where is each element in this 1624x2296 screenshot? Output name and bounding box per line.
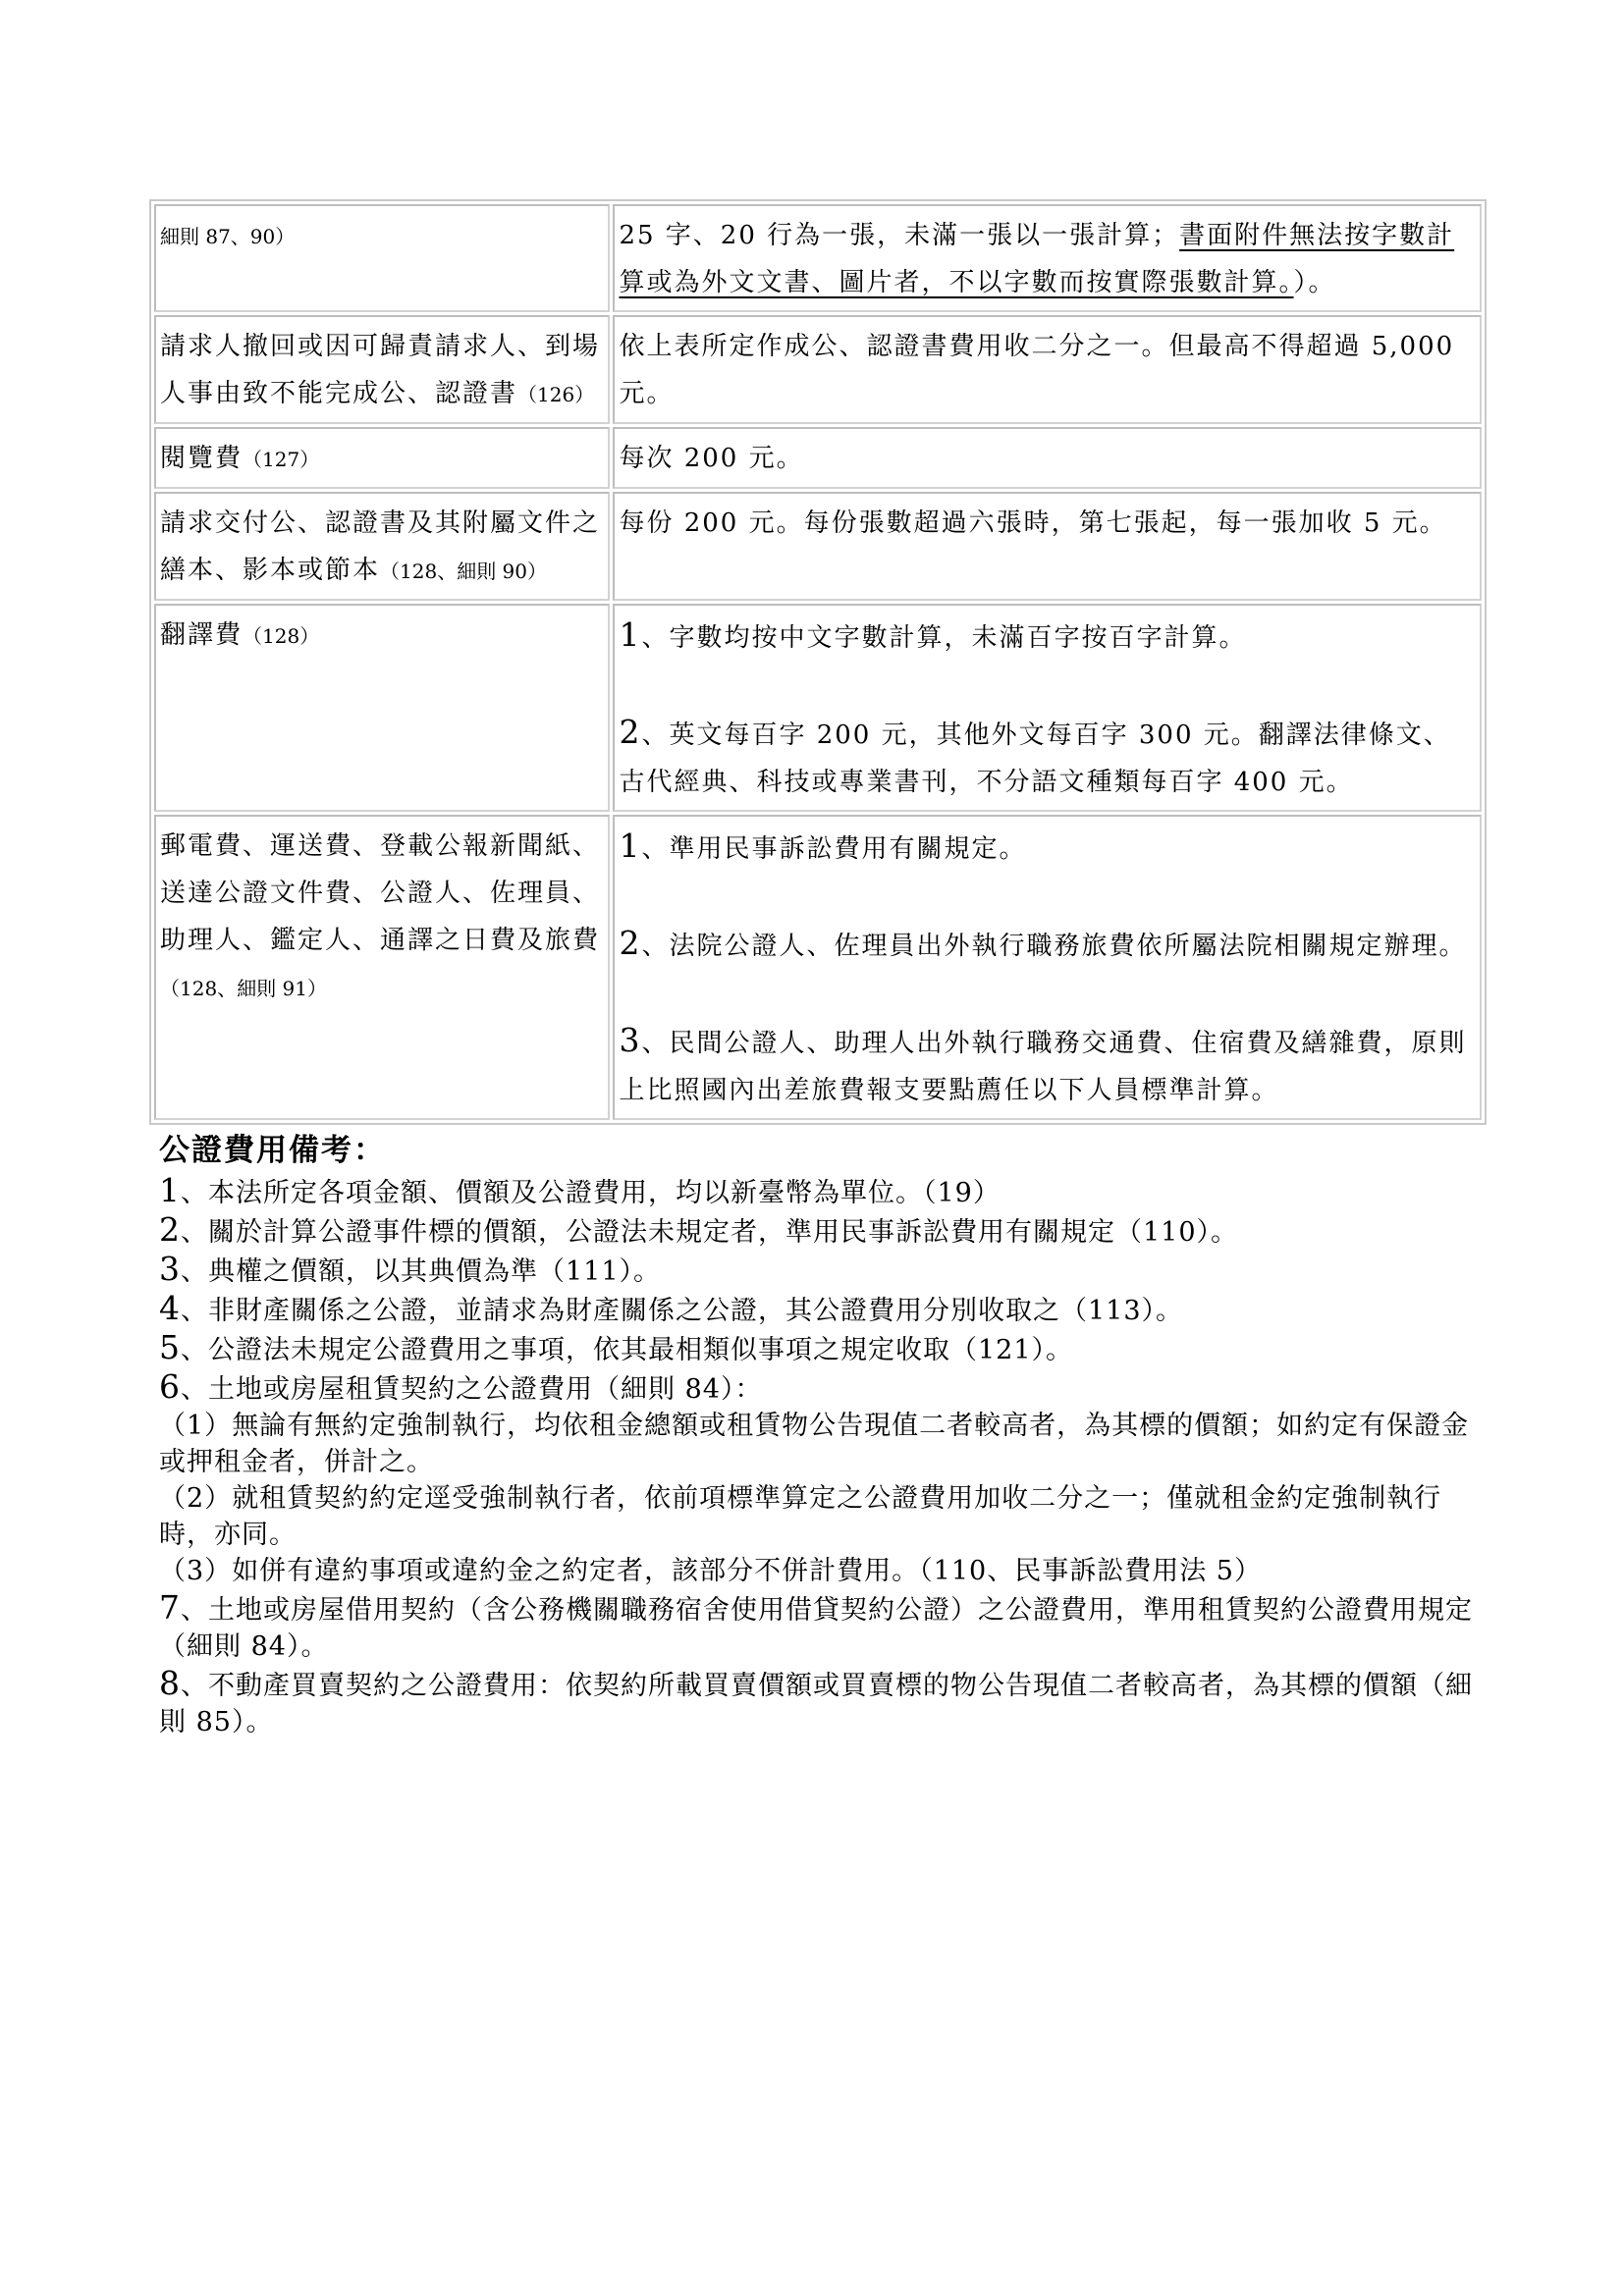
note-item: 7、土地或房屋借用契約（含公務機關職務宿舍使用借貸契約公證）之公證費用，準用租賃… — [159, 1589, 1487, 1665]
paragraph-number: 3 — [619, 1021, 641, 1059]
note-subitem: （1）無論有無約定強制執行，均依租金總額或租賃物公告現值二者較高者，為其標的價額… — [159, 1408, 1487, 1480]
fee-rule-text: 依上表所定作成公、認證書費用收二分之一。但最高不得超過 5,000 元。 — [619, 323, 1476, 417]
fee-rule-cell: 1、準用民事訴訟費用有關規定。 2、法院公證人、佐理員出外執行職務旅費依所屬法院… — [613, 815, 1482, 1120]
fee-rule-paragraph: 2、法院公證人、佐理員出外執行職務旅費依所屬法院相關規定辦理。 — [619, 920, 1476, 970]
fee-item-cell: 請求人撤回或因可歸責請求人、到場人事由致不能完成公、認證書（126） — [154, 315, 610, 424]
note-item: 2、關於計算公證事件標的價額，公證法未規定者，準用民事訴訟費用有關規定（110）… — [159, 1211, 1487, 1251]
note-text: 無論有無約定強制執行，均依租金總額或租賃物公告現值二者較高者，為其標的價額；如約… — [159, 1411, 1469, 1477]
fee-item-cell: 請求交付公、認證書及其附屬文件之繕本、影本或節本（128、細則 90） — [154, 492, 610, 601]
note-number: 4 — [159, 1289, 181, 1327]
note-number: 5 — [159, 1328, 181, 1366]
note-item: 5、公證法未規定公證費用之事項，依其最相類似事項之規定收取（121）。 — [159, 1329, 1487, 1368]
paragraph-number: 2 — [619, 713, 641, 751]
fee-item-cell: 郵電費、運送費、登載公報新聞紙、送達公證文件費、公證人、佐理員、助理人、鑑定人、… — [154, 815, 610, 1120]
note-subitem: （2）就租賃契約約定逕受強制執行者，依前項標準算定之公證費用加收二分之一；僅就租… — [159, 1480, 1487, 1553]
note-item: 6、土地或房屋租賃契約之公證費用（細則 84）： — [159, 1368, 1487, 1408]
fee-rule-text: 、字數均按中文字數計算，未滿百字按百字計算。 — [641, 623, 1246, 653]
fee-rule-paragraph: 1、準用民事訴訟費用有關規定。 — [619, 823, 1476, 873]
document-page: 細則 87、90） 25 字、20 行為一張，未滿一張以一張計算；書面附件無法按… — [149, 199, 1487, 1740]
note-item: 4、非財產關係之公證，並請求為財產關係之公證，其公證費用分別收取之（113）。 — [159, 1290, 1487, 1329]
fee-item-label: 閱覽費 — [160, 444, 243, 473]
notes-section: 公證費用備考： 1、本法所定各項金額、價額及公證費用，均以新臺幣為單位。（19）… — [149, 1129, 1487, 1740]
fee-rule-text: 每份 200 元。每份張數超過六張時，第七張起，每一張加收 5 元。 — [619, 500, 1476, 547]
fee-item-cell: 翻譯費（128） — [154, 604, 610, 812]
fee-rule-text: 、民間公證人、助理人出外執行職務交通費、住宿費及繕雜費，原則上比照國內出差旅費報… — [619, 1029, 1466, 1105]
table-row: 翻譯費（128） 1、字數均按中文字數計算，未滿百字按百字計算。 2、英文每百字… — [154, 604, 1482, 812]
note-item: 8、不動產買賣契約之公證費用：依契約所載買賣價額或買賣標的物公告現值二者較高者，… — [159, 1665, 1487, 1740]
rule-reference: 細則 90） — [457, 560, 547, 583]
note-number: （3） — [159, 1556, 232, 1586]
fee-item-label: 郵電費、運送費、登載公報新聞紙、送達公證文件費、公證人、佐理員、助理人、鑑定人、… — [160, 831, 600, 955]
article-reference: （126） — [517, 383, 594, 406]
note-text: 、非財產關係之公證，並請求為財產關係之公證，其公證費用分別收取之（113）。 — [181, 1296, 1183, 1326]
notes-title: 公證費用備考： — [159, 1129, 1487, 1172]
fee-rule-text: 每次 200 元。 — [619, 435, 1476, 482]
fee-rule-text: 、英文每百字 200 元，其他外文每百字 300 元。翻譯法律條文、古代經典、科… — [619, 721, 1450, 797]
paragraph-number: 2 — [619, 924, 641, 962]
note-text: 、土地或房屋借用契約（含公務機關職務宿舍使用借貸契約公證）之公證費用，準用租賃契… — [159, 1595, 1473, 1662]
fee-rule-cell: 每次 200 元。 — [613, 427, 1482, 489]
fee-rule-text: 25 字、20 行為一張，未滿一張以一張計算； — [619, 221, 1179, 250]
note-number: 7 — [159, 1588, 181, 1627]
paragraph-number: 1 — [619, 615, 641, 654]
note-number: （1） — [159, 1411, 232, 1441]
fee-rule-paragraph: 2、英文每百字 200 元，其他外文每百字 300 元。翻譯法律條文、古代經典、… — [619, 709, 1476, 806]
note-number: 6 — [159, 1367, 181, 1406]
note-number: （2） — [159, 1483, 232, 1514]
article-reference: （128） — [243, 624, 319, 648]
note-text: 、公證法未規定公證費用之事項，依其最相類似事項之規定收取（121）。 — [181, 1335, 1073, 1365]
table-row: 請求人撤回或因可歸責請求人、到場人事由致不能完成公、認證書（126） 依上表所定… — [154, 315, 1482, 424]
table-row: 閱覽費（127） 每次 200 元。 — [154, 427, 1482, 489]
article-reference: （127） — [243, 448, 319, 471]
note-subitem: （3）如併有違約事項或違約金之約定者，該部分不併計費用。（110、民事訴訟費用法… — [159, 1553, 1487, 1589]
fee-rule-cell: 依上表所定作成公、認證書費用收二分之一。但最高不得超過 5,000 元。 — [613, 315, 1482, 424]
note-text: 、本法所定各項金額、價額及公證費用，均以新臺幣為單位。（19） — [181, 1178, 1001, 1208]
note-item: 1、本法所定各項金額、價額及公證費用，均以新臺幣為單位。（19） — [159, 1172, 1487, 1211]
note-number: 3 — [159, 1250, 181, 1288]
note-number: 1 — [159, 1171, 181, 1209]
fee-rule-tail: ）。 — [1293, 268, 1335, 297]
fee-rule-paragraph: 1、字數均按中文字數計算，未滿百字按百字計算。 — [619, 612, 1476, 662]
fee-item-label: 翻譯費 — [160, 620, 243, 650]
fee-rule-cell: 每份 200 元。每份張數超過六張時，第七張起，每一張加收 5 元。 — [613, 492, 1482, 601]
table-row: 請求交付公、認證書及其附屬文件之繕本、影本或節本（128、細則 90） 每份 2… — [154, 492, 1482, 601]
fee-rule-cell: 25 字、20 行為一張，未滿一張以一張計算；書面附件無法按字數計算或為外文文書… — [613, 204, 1482, 312]
fee-item-cell: 細則 87、90） — [154, 204, 610, 312]
note-text: 、土地或房屋租賃契約之公證費用（細則 84）： — [181, 1374, 762, 1405]
note-text: 、不動產買賣契約之公證費用：依契約所載買賣價額或買賣標的物公告現值二者較高者，為… — [159, 1671, 1473, 1737]
fee-rule-cell: 1、字數均按中文字數計算，未滿百字按百字計算。 2、英文每百字 200 元，其他… — [613, 604, 1482, 812]
rule-reference: 細則 87、90） — [160, 225, 295, 248]
paragraph-number: 1 — [619, 827, 641, 865]
fee-rule-text: 、準用民事訴訟費用有關規定。 — [641, 834, 1026, 864]
table-row: 郵電費、運送費、登載公報新聞紙、送達公證文件費、公證人、佐理員、助理人、鑑定人、… — [154, 815, 1482, 1120]
note-text: 、典權之價額，以其典價為準（111）。 — [181, 1256, 661, 1287]
fee-rule-paragraph: 3、民間公證人、助理人出外執行職務交通費、住宿費及繕雜費，原則上比照國內出差旅費… — [619, 1017, 1476, 1114]
fee-table: 細則 87、90） 25 字、20 行為一張，未滿一張以一張計算；書面附件無法按… — [149, 199, 1487, 1125]
fee-rule-text: 、法院公證人、佐理員出外執行職務旅費依所屬法院相關規定辦理。 — [641, 932, 1466, 961]
table-row: 細則 87、90） 25 字、20 行為一張，未滿一張以一張計算；書面附件無法按… — [154, 204, 1482, 312]
note-item: 3、典權之價額，以其典價為準（111）。 — [159, 1251, 1487, 1290]
rule-reference: 細則 91） — [237, 977, 327, 1000]
note-text: 、關於計算公證事件標的價額，公證法未規定者，準用民事訴訟費用有關規定（110）。 — [181, 1217, 1238, 1248]
note-text: 如併有違約事項或違約金之約定者，該部分不併計費用。（110、民事訴訟費用法 5） — [232, 1556, 1262, 1586]
article-reference: （128、 — [160, 977, 237, 1000]
note-number: 2 — [159, 1210, 181, 1249]
note-number: 8 — [159, 1664, 181, 1702]
article-reference: （128、 — [380, 560, 457, 583]
fee-item-cell: 閱覽費（127） — [154, 427, 610, 489]
note-text: 就租賃契約約定逕受強制執行者，依前項標準算定之公證費用加收二分之一；僅就租金約定… — [159, 1483, 1441, 1550]
